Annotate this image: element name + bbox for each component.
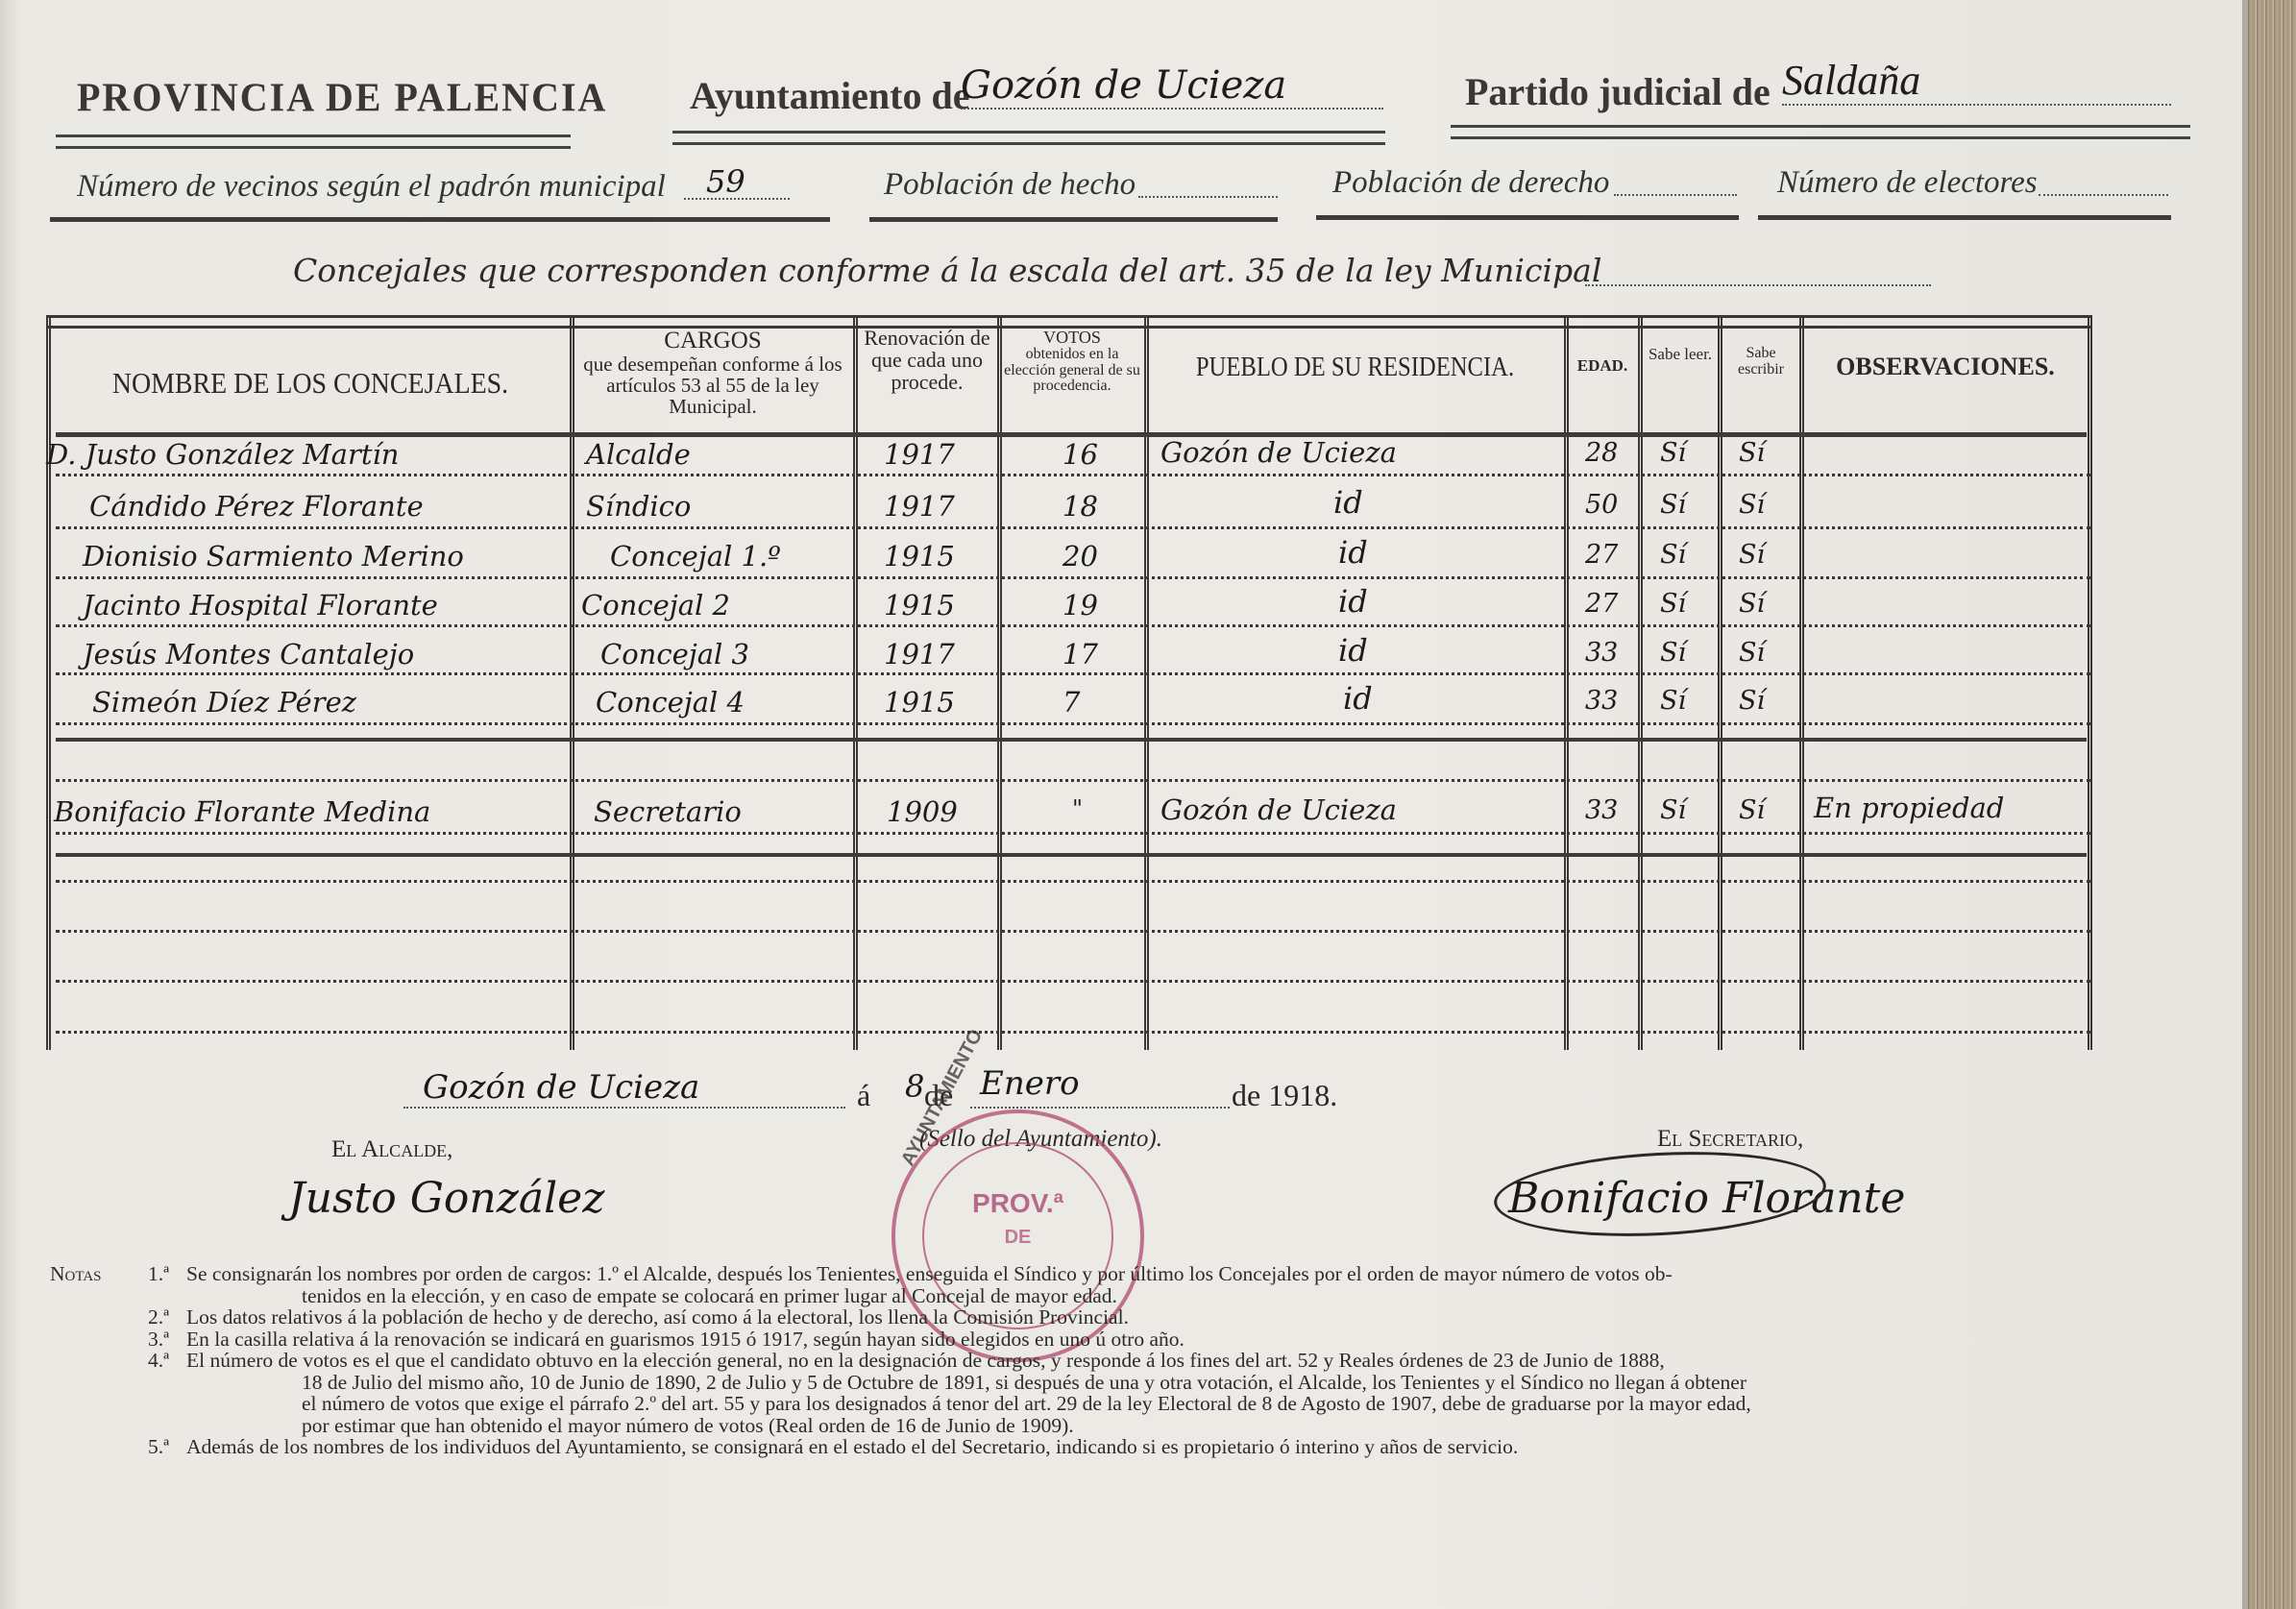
header-renovacion: Renovación de que cada uno procede. — [860, 327, 994, 393]
note-number: 3.ª — [138, 1329, 169, 1351]
row-line — [56, 576, 2090, 579]
cell-edad: 27 — [1585, 540, 1618, 570]
vecinos-dotted-line — [684, 198, 790, 200]
note-5: 5.ªAdemás de los nombres de los individu… — [50, 1436, 1751, 1458]
row-line — [56, 526, 2090, 529]
cell-edad: 33 — [1585, 638, 1618, 668]
note-text: Además de los nombres de los individuos … — [186, 1435, 1518, 1458]
cell-pueblo: id — [1343, 680, 1373, 717]
cell-pueblo: id — [1338, 583, 1368, 620]
header-sabe-leer: Sabe leer. — [1645, 346, 1716, 363]
cell-cargo: Síndico — [586, 490, 691, 523]
header-cargos-title: CARGOS — [576, 329, 849, 353]
col-sep — [853, 315, 858, 1050]
cell-renovacion: 1915 — [884, 589, 955, 622]
col-sep — [570, 315, 574, 1050]
cell-votos: 18 — [1063, 490, 1098, 523]
divider — [56, 134, 571, 149]
cell-cargo: Concejal 1.º — [610, 540, 781, 573]
col-sep — [1799, 315, 1804, 1050]
cell-edad: 28 — [1585, 438, 1618, 468]
electores-dotted-line — [2039, 194, 2168, 196]
ayuntamiento-label: Ayuntamiento de — [690, 73, 969, 118]
table-border-right — [2088, 315, 2092, 1050]
note-3: 3.ªEn la casilla relativa á la renovació… — [50, 1329, 1751, 1351]
cell-cargo: Concejal 4 — [596, 686, 745, 719]
cell-votos: 20 — [1063, 540, 1098, 573]
date-month: Enero — [980, 1064, 1080, 1103]
header-cargos-sub: que desempeñan conforme á los artículos … — [576, 353, 849, 417]
cell-edad: 33 — [1585, 795, 1618, 825]
cell-pueblo: id — [1338, 632, 1368, 669]
cell-votos: 19 — [1063, 589, 1098, 622]
divider — [869, 217, 1278, 222]
header-sabe-escribir: Sabe escribir — [1724, 346, 1797, 378]
cell-votos: 17 — [1063, 638, 1098, 670]
cell-nombre: Jesús Montes Cantalejo — [83, 638, 414, 670]
divider — [1758, 215, 2171, 220]
date-a: á — [857, 1078, 870, 1113]
cell-nombre: Cándido Pérez Florante — [89, 490, 424, 523]
cell-pueblo: id — [1333, 484, 1363, 521]
poblacion-hecho-dotted-line — [1138, 196, 1278, 198]
cell-pueblo: Gozón de Ucieza — [1160, 793, 1397, 826]
stamp-sub-text: DE — [895, 1227, 1140, 1249]
note-number: 5.ª — [138, 1436, 169, 1458]
note-1: Notas1.ªSe consignarán los nombres por o… — [50, 1263, 1751, 1285]
divider — [1316, 215, 1739, 220]
row-line — [56, 672, 2090, 675]
cell-escribir: Sí — [1739, 795, 1765, 825]
alcalde-signature: Justo González — [288, 1174, 604, 1223]
date-place-dotted-line — [403, 1107, 845, 1109]
row-line — [56, 880, 2090, 883]
vecinos-value: 59 — [706, 163, 745, 200]
partido-dotted-line — [1782, 104, 2171, 106]
cell-leer: Sí — [1660, 540, 1686, 570]
cell-escribir: Sí — [1739, 589, 1765, 619]
row-line — [56, 779, 2090, 782]
row-line — [56, 624, 2090, 627]
document-page: PROVINCIA DE PALENCIA Ayuntamiento de Go… — [0, 0, 2248, 1609]
divider — [1451, 125, 2190, 139]
cell-renovacion: 1915 — [884, 540, 955, 573]
stamp-center-text: PROV.ª — [895, 1188, 1140, 1219]
row-line — [56, 930, 2090, 933]
cell-cargo: Concejal 3 — [600, 638, 749, 670]
note-number: 2.ª — [138, 1306, 169, 1329]
divider — [672, 131, 1385, 145]
notes-label: Notas — [50, 1263, 138, 1285]
header-bottom-border — [56, 432, 2087, 437]
signature-flourish — [1492, 1144, 1828, 1244]
header-observaciones: OBSERVACIONES. — [1806, 353, 2085, 379]
concejales-table: NOMBRE DE LOS CONCEJALES. CARGOS que des… — [46, 315, 2090, 1050]
header-votos-sub: obtenidos en la elección general de su p… — [1004, 347, 1140, 395]
note-text: Se consignarán los nombres por orden de … — [186, 1262, 1673, 1285]
cell-leer: Sí — [1660, 638, 1686, 668]
concejales-heading: Concejales que corresponden conforme á l… — [293, 252, 1601, 289]
cell-pueblo: id — [1338, 534, 1368, 571]
cell-cargo: Concejal 2 — [581, 589, 730, 622]
cell-edad: 50 — [1585, 490, 1618, 520]
cell-nombre: Dionisio Sarmiento Merino — [83, 540, 464, 573]
cell-votos: 7 — [1063, 686, 1080, 719]
note-text: Los datos relativos á la población de he… — [186, 1305, 1129, 1329]
ayuntamiento-value: Gozón de Ucieza — [961, 63, 1286, 108]
partido-label: Partido judicial de — [1465, 69, 1771, 114]
notes-section: Notas1.ªSe consignarán los nombres por o… — [50, 1263, 1751, 1458]
cell-renovacion: 1915 — [884, 686, 955, 719]
cell-escribir: Sí — [1739, 638, 1765, 668]
date-month-dotted-line — [970, 1107, 1230, 1109]
poblacion-hecho-label: Población de hecho — [884, 167, 1136, 203]
col-sep — [997, 315, 1002, 1050]
note-text: tenidos en la elección, y en caso de emp… — [50, 1285, 1751, 1307]
note-text: El número de votos es el que el candidat… — [186, 1349, 1665, 1372]
cell-nombre: Simeón Díez Pérez — [92, 686, 356, 719]
note-text: por estimar que han obtenido el mayor nú… — [50, 1415, 1751, 1437]
divider — [50, 217, 830, 222]
date-day: 8 — [905, 1068, 924, 1105]
cell-escribir: Sí — [1739, 686, 1765, 716]
row-line — [56, 1031, 2090, 1034]
cell-nombre: Bonifacio Florante Medina — [54, 795, 430, 828]
date-year: de 1918. — [1232, 1078, 1337, 1113]
cell-escribir: Sí — [1739, 540, 1765, 570]
ruled-line — [56, 853, 2087, 857]
cell-nombre: Jacinto Hospital Florante — [83, 589, 438, 622]
table-top-border — [46, 315, 2090, 329]
cell-leer: Sí — [1660, 795, 1686, 825]
ayuntamiento-dotted-line — [961, 108, 1383, 110]
header-edad: EDAD. — [1571, 357, 1634, 375]
book-binding — [2248, 0, 2296, 1609]
row-line — [56, 832, 2090, 835]
row-line — [56, 980, 2090, 983]
note-text: 18 de Julio del mismo año, 10 de Junio d… — [50, 1372, 1751, 1394]
col-sep — [1144, 315, 1149, 1050]
cell-leer: Sí — [1660, 438, 1686, 468]
cell-escribir: Sí — [1739, 490, 1765, 520]
header-pueblo: PUEBLO DE SU RESIDENCIA. — [1176, 353, 1535, 381]
table-border-left — [46, 315, 51, 1050]
cell-cargo: Alcalde — [586, 438, 691, 471]
row-line — [56, 722, 2090, 725]
cell-renovacion: 1917 — [884, 438, 955, 471]
cell-escribir: Sí — [1739, 438, 1765, 468]
col-sep — [1564, 315, 1569, 1050]
row-line — [56, 474, 2090, 476]
secretario-label: El Secretario, — [1657, 1126, 1803, 1153]
cell-observaciones: En propiedad — [1814, 792, 2004, 824]
cell-renovacion: 1917 — [884, 490, 955, 523]
poblacion-derecho-label: Población de derecho — [1332, 165, 1609, 201]
poblacion-derecho-dotted-line — [1614, 194, 1737, 196]
header-nombre: NOMBRE DE LOS CONCEJALES. — [82, 368, 540, 400]
cell-edad: 27 — [1585, 589, 1618, 619]
col-sep — [1718, 315, 1722, 1050]
partido-value: Saldaña — [1782, 56, 1920, 105]
cell-pueblo: Gozón de Ucieza — [1160, 436, 1397, 469]
header-votos-title: VOTOS — [1004, 329, 1140, 347]
cell-votos: 16 — [1063, 438, 1098, 471]
cell-renovacion: 1909 — [887, 795, 958, 828]
header-cargos: CARGOS que desempeñan conforme á los art… — [576, 329, 849, 417]
electores-label: Número de electores — [1777, 165, 2038, 201]
cell-votos: " — [1072, 795, 1083, 822]
cell-nombre: D. Justo González Martín — [46, 438, 399, 471]
province-title: PROVINCIA DE PALENCIA — [77, 74, 607, 121]
note-4: 4.ªEl número de votos es el que el candi… — [50, 1350, 1751, 1372]
note-text: En la casilla relativa á la renovación s… — [186, 1328, 1185, 1351]
ruled-line — [56, 738, 2087, 742]
cell-leer: Sí — [1660, 686, 1686, 716]
vecinos-label: Número de vecinos según el padrón munici… — [77, 169, 666, 205]
note-2: 2.ªLos datos relativos á la población de… — [50, 1306, 1751, 1329]
note-number: 4.ª — [138, 1350, 169, 1372]
cell-leer: Sí — [1660, 490, 1686, 520]
cell-leer: Sí — [1660, 589, 1686, 619]
date-place: Gozón de Ucieza — [423, 1068, 699, 1107]
cell-cargo: Secretario — [594, 795, 742, 828]
note-text: el número de votos que exige el párrafo … — [50, 1393, 1751, 1415]
cell-renovacion: 1917 — [884, 638, 955, 670]
concejales-dotted-line — [1585, 284, 1931, 286]
note-number: 1.ª — [138, 1263, 169, 1285]
col-sep — [1638, 315, 1643, 1050]
cell-edad: 33 — [1585, 686, 1618, 716]
alcalde-label: El Alcalde, — [331, 1136, 452, 1163]
header-votos: VOTOS obtenidos en la elección general d… — [1004, 329, 1140, 395]
